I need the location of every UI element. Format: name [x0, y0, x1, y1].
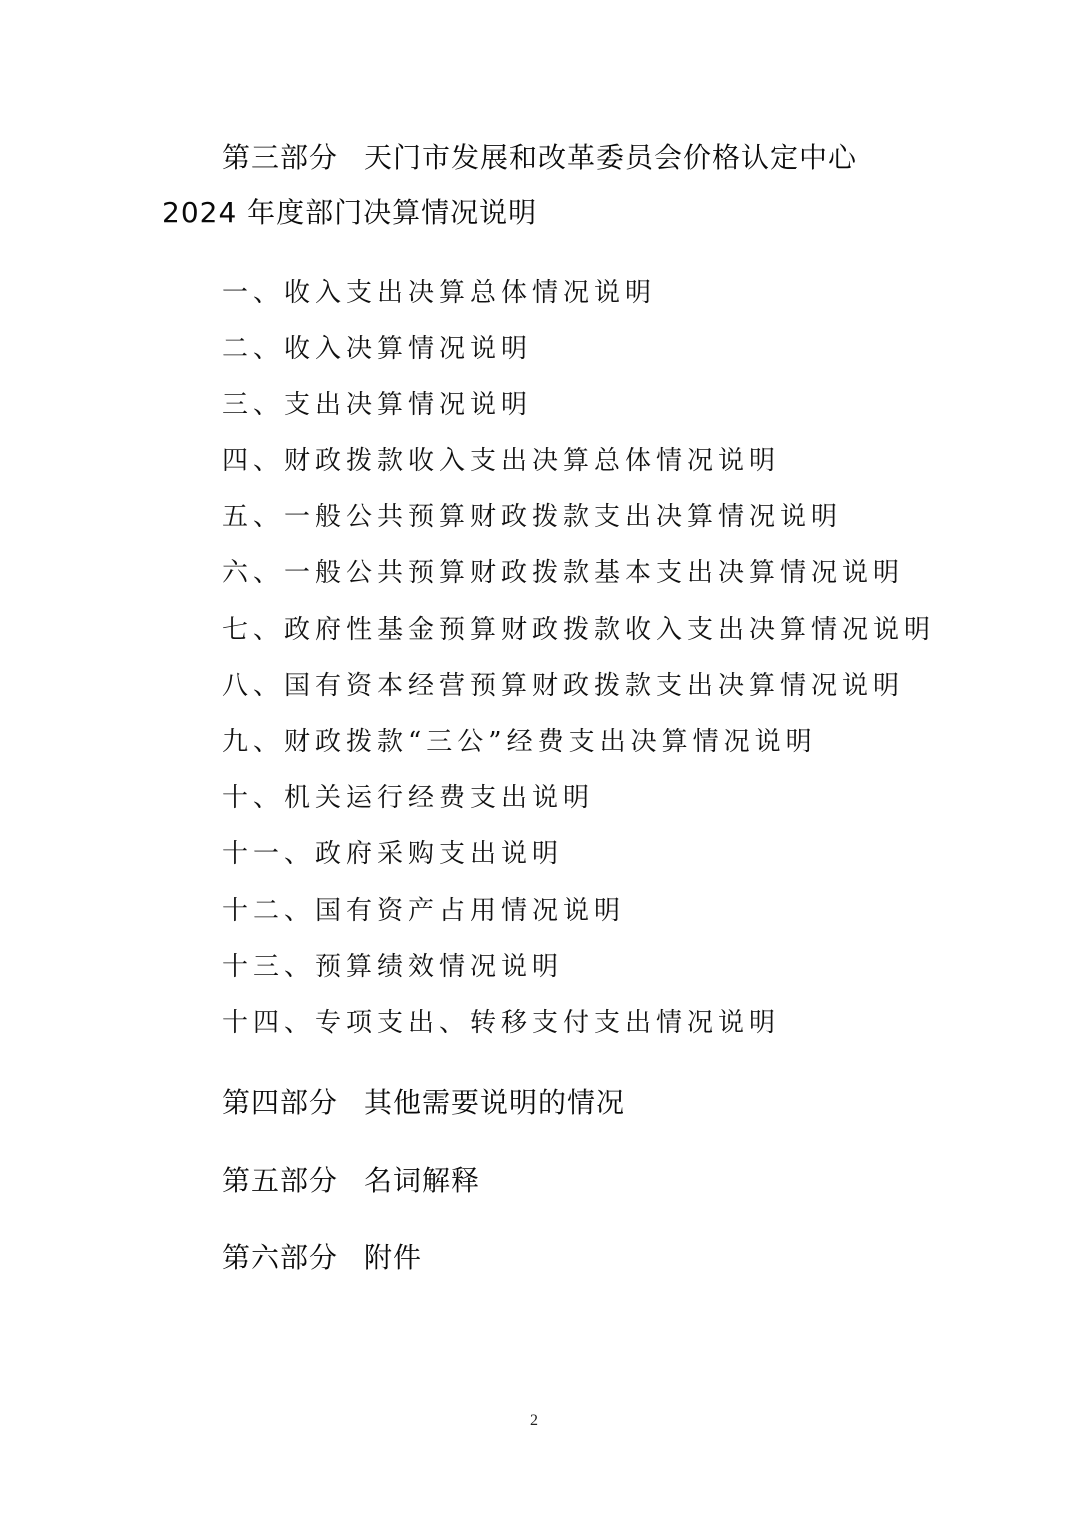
- part-label: 第六部分: [222, 1241, 338, 1274]
- part-title: 附件: [364, 1241, 422, 1274]
- part-title: 名词解释: [364, 1164, 480, 1197]
- toc-item: 十一、政府采购支出说明: [222, 838, 563, 870]
- toc-item: 十三、预算绩效情况说明: [222, 951, 563, 983]
- heading-subtitle: 2024 年度部门决算情况说明: [162, 196, 537, 230]
- part-heading-5: 第五部分名词解释: [222, 1164, 480, 1198]
- toc-item: 一、收入支出决算总体情况说明: [222, 277, 656, 309]
- toc-item: 六、一般公共预算财政拨款基本支出决算情况说明: [222, 557, 904, 589]
- toc-item: 四、财政拨款收入支出决算总体情况说明: [222, 445, 780, 477]
- toc-item: 五、一般公共预算财政拨款支出决算情况说明: [222, 501, 842, 533]
- heading-title: 天门市发展和改革委员会价格认定中心: [364, 141, 857, 174]
- part-label: 第三部分: [222, 141, 338, 174]
- toc-item: 九、财政拨款“三公”经费支出决算情况说明: [222, 726, 817, 758]
- part-title: 其他需要说明的情况: [364, 1086, 625, 1119]
- toc-item: 二、收入决算情况说明: [222, 333, 532, 365]
- toc-item: 十四、专项支出、转移支付支出情况说明: [222, 1007, 780, 1039]
- toc-item: 三、支出决算情况说明: [222, 389, 532, 421]
- page-number: 2: [530, 1412, 538, 1430]
- toc-item: 十、机关运行经费支出说明: [222, 782, 594, 814]
- toc-item: 七、政府性基金预算财政拨款收入支出决算情况说明: [222, 614, 935, 646]
- toc-item: 十二、国有资产占用情况说明: [222, 895, 625, 927]
- section-heading: 第三部分天门市发展和改革委员会价格认定中心: [222, 141, 857, 175]
- part-label: 第四部分: [222, 1086, 338, 1119]
- part-heading-4: 第四部分其他需要说明的情况: [222, 1086, 625, 1120]
- part-heading-6: 第六部分附件: [222, 1241, 422, 1275]
- part-label: 第五部分: [222, 1164, 338, 1197]
- toc-item: 八、国有资本经营预算财政拨款支出决算情况说明: [222, 670, 904, 702]
